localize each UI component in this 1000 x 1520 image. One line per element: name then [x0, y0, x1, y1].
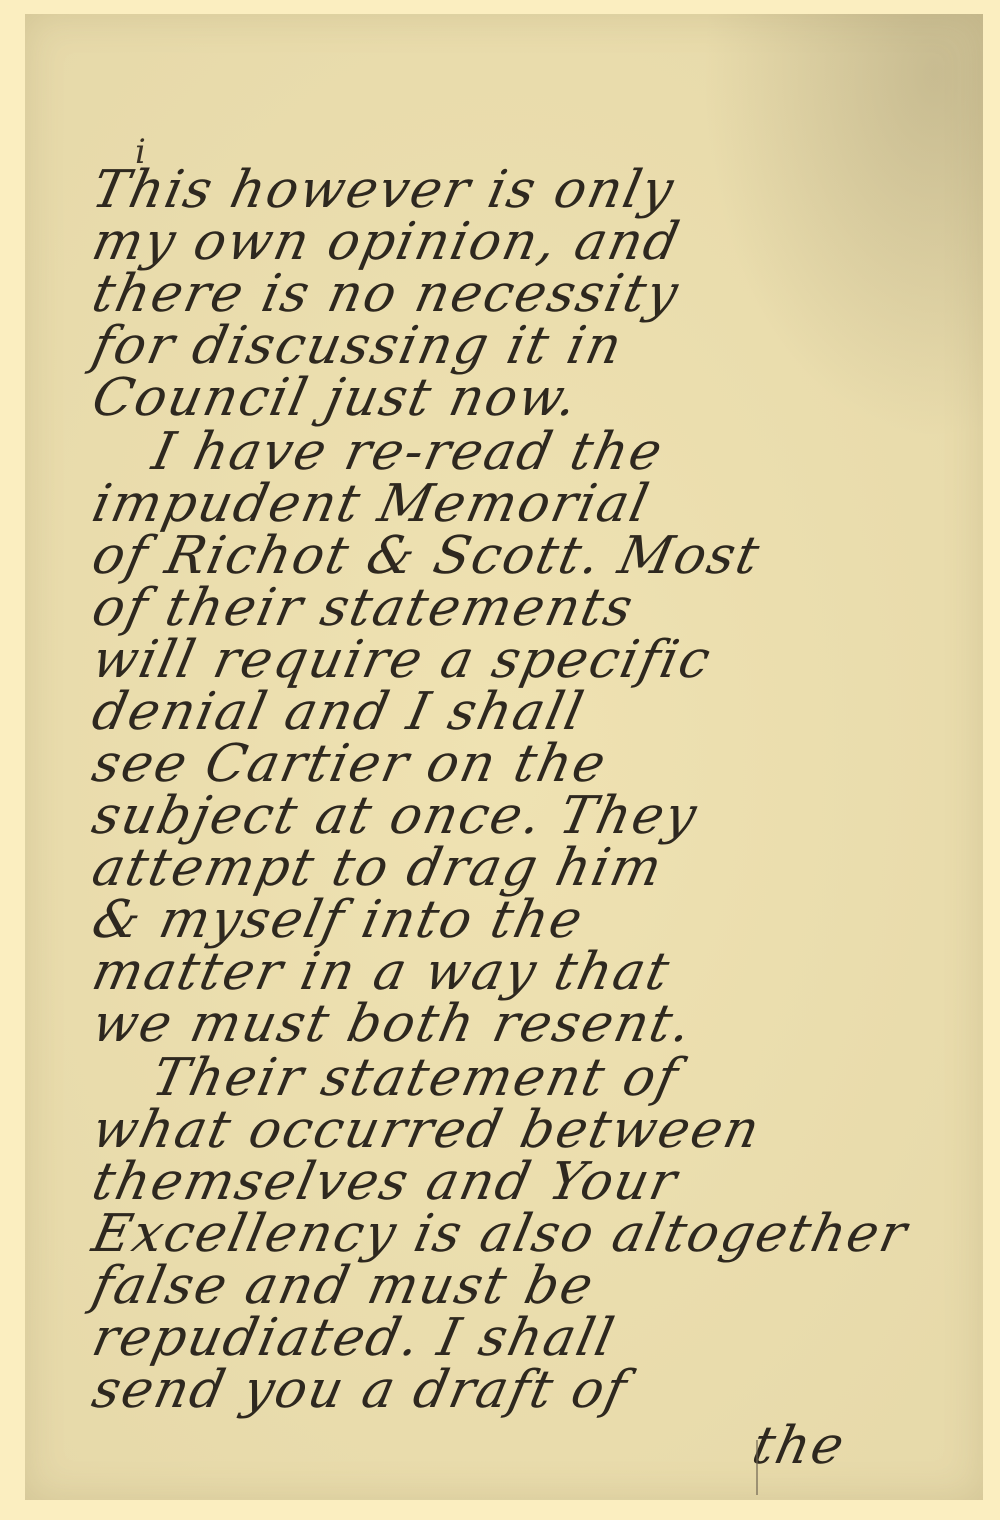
text-line: there is no necessity	[88, 264, 685, 320]
catchword: the	[748, 1416, 851, 1472]
text-line: impudent Memorial	[88, 474, 655, 530]
text-line: matter in a way that	[88, 942, 676, 998]
text-line: what occurred between	[88, 1100, 766, 1156]
text-line: repudiated. I shall	[88, 1308, 621, 1364]
text-line: Their statement of	[148, 1048, 685, 1104]
text-line: we must both resent.	[88, 994, 698, 1050]
text-line: attempt to drag him	[88, 838, 669, 894]
text-line: send you a draft of	[88, 1360, 633, 1416]
text-line: I have re-read the	[148, 422, 669, 478]
text-line: will require a specific	[88, 630, 717, 686]
text-line: This however is only	[88, 160, 680, 216]
text-line: for discussing it in	[88, 316, 629, 372]
text-line: my own opinion, and	[88, 212, 686, 268]
text-line: of their statements	[88, 578, 640, 634]
text-line: denial and I shall	[88, 682, 590, 738]
paper-blemish	[756, 1440, 758, 1495]
text-line: & myself into the	[88, 890, 589, 946]
text-line: Council just now.	[88, 368, 584, 424]
text-line: themselves and Your	[88, 1152, 684, 1208]
text-line: subject at once. They	[88, 786, 703, 842]
text-line: false and must be	[88, 1256, 600, 1312]
text-line: Excellency is also altogether	[88, 1204, 914, 1260]
text-line: of Richot & Scott. Most	[88, 526, 766, 582]
text-line: see Cartier on the	[88, 734, 612, 790]
